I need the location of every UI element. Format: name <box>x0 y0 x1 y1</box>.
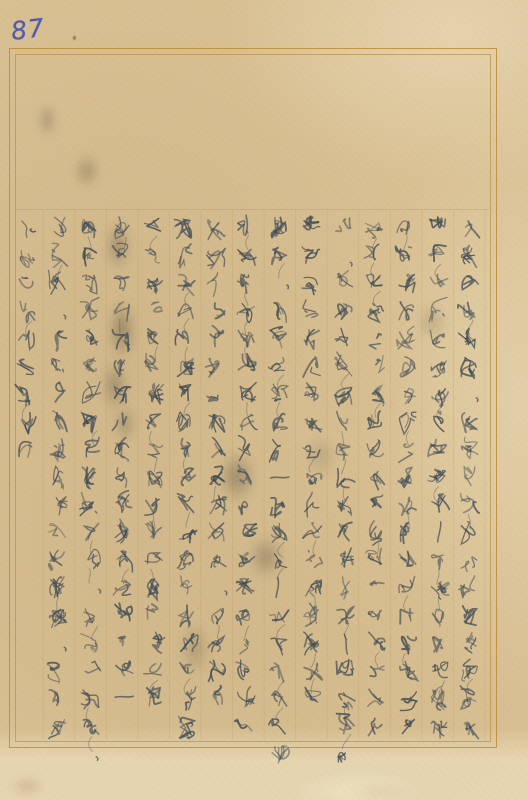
handwritten-char <box>19 442 32 457</box>
handwritten-char <box>55 217 66 236</box>
handwritten-char <box>335 328 347 345</box>
handwritten-char <box>115 387 131 403</box>
handwritten-char <box>53 411 67 432</box>
handwritten-char <box>115 603 132 620</box>
handwritten-char <box>369 632 385 667</box>
handwritten-char <box>178 551 193 570</box>
handwritten-char <box>399 274 415 292</box>
handwritten-char <box>287 285 289 289</box>
handwritten-char <box>49 524 65 538</box>
handwritten-char <box>178 304 193 333</box>
handwritten-char <box>212 609 223 641</box>
handwritten-char <box>400 523 408 543</box>
handwritten-column-14 <box>47 217 67 738</box>
handwritten-char <box>238 687 255 707</box>
handwritten-char <box>80 493 97 516</box>
handwritten-char <box>335 388 352 406</box>
handwritten-char <box>84 720 99 752</box>
handwritten-char <box>272 746 289 763</box>
manuscript-page: 87 <box>0 0 528 800</box>
handwritten-char <box>81 634 97 652</box>
handwritten-char <box>239 502 248 515</box>
handwritten-char <box>397 326 414 349</box>
handwritten-char <box>402 720 414 734</box>
handwritten-char <box>64 647 66 651</box>
handwritten-char <box>461 557 477 572</box>
handwritten-char <box>238 215 249 250</box>
handwritten-column-1 <box>458 221 480 738</box>
handwritten-char <box>269 358 285 390</box>
handwritten-char <box>211 555 226 567</box>
handwritten-char <box>335 304 352 319</box>
handwritten-char <box>82 467 95 488</box>
handwritten-char <box>431 686 445 710</box>
handwritten-char <box>50 577 64 612</box>
handwritten-char <box>236 610 249 641</box>
handwritten-char <box>52 243 67 279</box>
handwritten-char <box>207 395 218 401</box>
handwritten-char <box>307 474 322 485</box>
handwritten-char <box>178 244 191 268</box>
handwritten-char <box>239 553 254 567</box>
handwritten-char <box>438 522 441 542</box>
handwritten-char <box>49 609 66 627</box>
handwritten-char <box>434 411 444 431</box>
handwritten-column-5 <box>335 218 355 762</box>
handwritten-char <box>225 591 227 595</box>
handwritten-char <box>208 637 224 652</box>
handwritten-char <box>208 660 225 681</box>
handwritten-char <box>47 663 59 683</box>
handwritten-char <box>83 247 96 265</box>
handwritten-char <box>147 278 162 292</box>
handwritten-char <box>370 666 384 676</box>
handwritten-char <box>51 359 63 372</box>
handwritten-char <box>371 471 384 489</box>
handwritten-char <box>307 551 323 568</box>
handwritten-char <box>22 413 36 434</box>
handwritten-char <box>460 686 476 709</box>
handwritten-char <box>274 554 286 583</box>
handwritten-char <box>341 577 349 599</box>
handwritten-char <box>270 610 289 639</box>
handwritten-char <box>82 382 100 403</box>
handwritten-char <box>476 398 478 402</box>
handwritten-char <box>461 494 479 529</box>
handwritten-char <box>96 757 98 761</box>
handwritten-char <box>115 520 127 543</box>
handwritten-char <box>303 446 320 472</box>
handwritten-char <box>370 581 384 585</box>
handwritten-char <box>397 221 409 251</box>
handwritten-char <box>147 687 161 706</box>
handwritten-char <box>55 331 66 351</box>
handwritten-char <box>271 477 289 478</box>
handwritten-char <box>20 302 34 336</box>
handwritten-char <box>146 249 160 263</box>
handwritten-char <box>116 661 133 676</box>
handwritten-char <box>364 244 378 277</box>
handwritten-char <box>303 358 320 377</box>
handwritten-char <box>271 217 286 237</box>
handwritten-char <box>148 444 162 472</box>
handwritten-char <box>49 720 65 739</box>
handwritten-char <box>400 357 415 377</box>
handwritten-char <box>337 469 355 501</box>
handwritten-char <box>237 304 254 336</box>
handwritten-char <box>146 414 161 446</box>
handwritten-char <box>208 220 225 239</box>
handwritten-char <box>50 439 65 461</box>
handwritten-char <box>178 275 194 307</box>
handwritten-char <box>84 358 97 372</box>
handwritten-char <box>274 302 286 322</box>
handwritten-char <box>85 523 99 555</box>
handwritten-char <box>240 639 249 653</box>
handwritten-char <box>429 297 447 322</box>
handwritten-char <box>179 716 195 739</box>
handwritten-char <box>49 550 64 570</box>
handwritten-char <box>399 443 414 462</box>
handwritten-char <box>180 530 197 543</box>
handwritten-char <box>462 437 478 458</box>
handwritten-char <box>305 688 320 701</box>
handwritten-char <box>428 440 446 457</box>
handwritten-char <box>80 298 99 320</box>
handwritten-char <box>465 722 479 738</box>
handwritten-char <box>237 579 254 594</box>
handwritten-char <box>335 352 351 388</box>
handwritten-char <box>337 714 354 749</box>
handwritten-char <box>236 660 249 679</box>
handwritten-char <box>338 752 345 762</box>
handwriting-layer <box>0 0 528 800</box>
handwritten-char <box>399 577 415 611</box>
handwritten-char <box>272 524 287 558</box>
handwritten-column-7 <box>269 217 290 762</box>
handwritten-char <box>305 383 318 400</box>
handwritten-char <box>304 632 318 668</box>
handwritten-char <box>180 663 194 694</box>
handwritten-char <box>174 219 191 238</box>
handwritten-char <box>117 551 132 584</box>
handwritten-char <box>86 329 97 345</box>
handwritten-char <box>304 330 319 350</box>
handwritten-column-11 <box>144 219 165 706</box>
handwritten-char <box>113 330 130 352</box>
handwritten-char <box>399 302 413 320</box>
handwritten-char <box>350 262 352 266</box>
handwritten-char <box>240 383 256 417</box>
handwritten-char <box>178 494 194 527</box>
handwritten-char <box>367 440 383 457</box>
handwritten-char <box>99 589 101 593</box>
handwritten-char <box>465 221 479 237</box>
handwritten-char <box>238 330 254 362</box>
handwritten-char <box>341 548 354 567</box>
handwritten-char <box>209 415 225 433</box>
handwritten-char <box>376 356 384 373</box>
handwritten-char <box>114 360 124 376</box>
handwritten-char <box>177 412 190 431</box>
handwritten-column-15 <box>15 221 36 457</box>
handwritten-char <box>459 576 475 598</box>
handwritten-char <box>338 497 352 515</box>
handwritten-char <box>210 496 226 515</box>
handwritten-char <box>367 411 381 429</box>
handwritten-char <box>464 467 475 486</box>
handwritten-char <box>238 250 256 266</box>
handwritten-char <box>179 605 193 626</box>
handwritten-char <box>337 411 348 446</box>
handwritten-char <box>431 361 446 377</box>
handwritten-char <box>344 634 347 654</box>
handwritten-char <box>337 271 352 287</box>
handwritten-char <box>272 248 287 278</box>
handwritten-char <box>463 606 477 625</box>
handwritten-char <box>20 251 34 268</box>
handwritten-char <box>17 359 33 374</box>
handwritten-char <box>462 276 478 290</box>
handwritten-column-3 <box>396 221 418 734</box>
handwritten-char <box>461 358 476 379</box>
handwritten-char <box>115 438 128 461</box>
handwritten-char <box>206 359 219 377</box>
handwritten-char <box>49 690 58 705</box>
handwritten-char <box>56 497 67 515</box>
handwritten-char <box>405 388 416 403</box>
handwritten-char <box>304 603 318 626</box>
handwritten-char <box>272 384 288 417</box>
handwritten-char <box>305 493 319 517</box>
handwritten-char <box>273 414 287 430</box>
handwritten-char <box>116 468 127 487</box>
handwritten-char <box>19 331 35 349</box>
handwritten-char <box>207 248 226 269</box>
handwritten-char <box>116 491 132 513</box>
handwritten-char <box>269 719 285 734</box>
handwritten-column-2 <box>428 217 449 738</box>
handwritten-char <box>186 687 196 710</box>
handwritten-char <box>207 273 217 296</box>
handwritten-char <box>210 326 223 347</box>
handwritten-char <box>85 437 99 457</box>
handwritten-char <box>336 659 353 675</box>
handwritten-char <box>81 690 99 722</box>
handwritten-char <box>306 580 322 611</box>
handwritten-char <box>270 327 286 348</box>
handwritten-char <box>432 582 450 612</box>
handwritten-char <box>368 689 384 706</box>
handwritten-char <box>145 219 161 251</box>
handwritten-char <box>458 303 475 335</box>
handwritten-char <box>400 609 413 624</box>
handwritten-char <box>22 221 36 237</box>
handwritten-char <box>212 438 225 458</box>
handwritten-char <box>145 354 158 371</box>
handwritten-char <box>269 440 280 463</box>
handwritten-char <box>366 549 382 565</box>
handwritten-char <box>431 721 446 738</box>
handwritten-char <box>215 303 225 318</box>
handwritten-char <box>462 246 477 268</box>
handwritten-char <box>182 468 196 485</box>
handwritten-char <box>430 217 446 228</box>
handwritten-char <box>305 419 321 432</box>
handwritten-char <box>15 385 30 419</box>
handwritten-char <box>462 413 477 433</box>
handwritten-char <box>114 302 129 334</box>
handwritten-char <box>85 661 100 673</box>
handwritten-char <box>432 555 443 585</box>
handwritten-char <box>336 218 351 231</box>
handwritten-char <box>338 522 352 540</box>
handwritten-char <box>400 661 417 680</box>
handwritten-char <box>147 471 161 488</box>
handwritten-char <box>115 217 129 252</box>
handwritten-char <box>146 521 161 538</box>
handwritten-char <box>276 577 278 597</box>
handwritten-char <box>64 315 66 319</box>
handwritten-char <box>302 277 317 294</box>
handwritten-char <box>115 696 133 697</box>
handwritten-char <box>368 304 383 322</box>
handwritten-char <box>114 276 129 290</box>
handwritten-char <box>433 637 442 652</box>
handwritten-char <box>398 467 412 487</box>
handwritten-char <box>400 692 416 711</box>
handwritten-char <box>371 495 383 508</box>
handwritten-char <box>210 466 224 500</box>
handwritten-char <box>146 604 157 619</box>
handwritten-char <box>113 580 130 595</box>
handwritten-char <box>153 632 165 653</box>
handwritten-char <box>368 718 381 735</box>
handwritten-char <box>238 465 251 484</box>
handwritten-char <box>152 302 163 312</box>
handwritten-char <box>55 382 65 401</box>
handwritten-char <box>19 277 32 288</box>
handwritten-char <box>238 436 250 461</box>
handwritten-char <box>272 691 287 722</box>
handwritten-char <box>271 638 287 655</box>
handwritten-char <box>461 522 475 544</box>
handwritten-char <box>238 354 255 370</box>
handwritten-char <box>367 274 382 306</box>
handwritten-char <box>88 549 100 583</box>
handwritten-char <box>82 220 95 252</box>
handwritten-char <box>303 216 320 230</box>
handwritten-char <box>270 663 284 695</box>
handwritten-char <box>240 415 257 431</box>
handwritten-char <box>402 636 416 668</box>
handwritten-char <box>465 633 476 653</box>
handwritten-char <box>368 610 381 620</box>
handwritten-char <box>369 334 381 349</box>
handwritten-char <box>53 466 64 487</box>
handwritten-char <box>303 523 322 556</box>
handwritten-char <box>429 245 446 279</box>
handwritten-char <box>235 719 252 731</box>
handwritten-char <box>400 551 416 566</box>
handwritten-column-8 <box>235 215 257 731</box>
handwritten-column-12 <box>112 217 133 697</box>
handwritten-char <box>302 247 319 263</box>
handwritten-char <box>303 300 318 317</box>
handwritten-char <box>180 576 191 594</box>
handwritten-char <box>430 330 445 347</box>
handwritten-char <box>181 634 198 652</box>
handwritten-char <box>238 275 249 307</box>
handwritten-char <box>243 524 257 536</box>
handwritten-char <box>48 270 65 294</box>
handwritten-column-9 <box>206 220 227 704</box>
handwritten-char <box>119 636 125 645</box>
handwritten-column-10 <box>174 219 198 739</box>
handwritten-column-6 <box>302 216 322 701</box>
handwritten-char <box>459 328 476 347</box>
handwritten-char <box>83 275 97 293</box>
handwritten-char <box>112 413 126 430</box>
handwritten-char <box>399 412 415 446</box>
handwritten-column-4 <box>364 223 385 736</box>
handwritten-char <box>148 329 158 361</box>
handwritten-char <box>175 330 188 362</box>
handwritten-char <box>430 275 447 287</box>
handwritten-char <box>148 579 159 600</box>
handwritten-char <box>149 384 163 405</box>
handwritten-column-13 <box>80 220 101 761</box>
handwritten-char <box>271 498 285 518</box>
handwritten-char <box>213 686 222 705</box>
handwritten-char <box>208 523 224 541</box>
